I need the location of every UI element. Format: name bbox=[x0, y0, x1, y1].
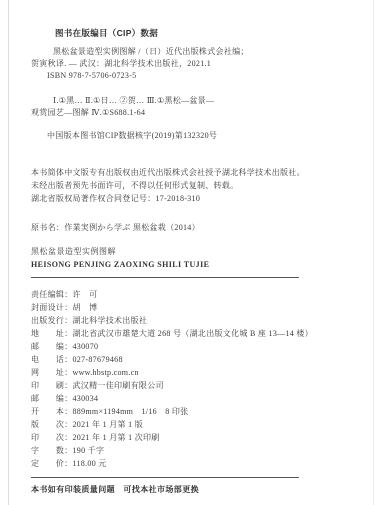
colophon-row-edition: 版 次：2021 年 1 月第 1 版 bbox=[31, 418, 301, 431]
colophon-value: 430070 bbox=[73, 342, 99, 351]
colophon-value: 889mm×1194mm 1/16 8 印张 bbox=[73, 407, 189, 416]
colophon-row-publisher: 出版发行：湖北科学技术出版社 bbox=[31, 314, 301, 327]
colophon-row-format: 开 本：889mm×1194mm 1/16 8 印张 bbox=[31, 405, 301, 418]
quality-exchange-note: 本书如有印装质量问题 可找本社市场部更换 bbox=[31, 484, 301, 495]
divider-rule-top bbox=[31, 277, 299, 278]
cip-classification-block: Ⅰ.①黑… Ⅱ.①日… ②贺… Ⅲ.①黑松—盆景— 观赏园艺—图解 Ⅳ.①S68… bbox=[31, 95, 301, 119]
cip-isbn-line: ISBN 978-7-5706-0723-5 bbox=[31, 70, 301, 82]
colophon-value: 湖北省武汉市雄楚大道 268 号（湖北出版文化城 B 座 13—14 楼） bbox=[73, 329, 313, 338]
colophon-label: 出版发行： bbox=[31, 316, 73, 325]
license-line: 本书简体中文版专有出版权由近代出版株式会社授予湖北科学技术出版社。 bbox=[31, 166, 301, 179]
colophon-label: 邮 编： bbox=[31, 342, 73, 351]
cip-record-line: 贺寅秋译. — 武汉：湖北科学技术出版社，2021.1 bbox=[31, 58, 301, 70]
cip-record-block: 黑松盆景造型实例图解 /（日）近代出版株式会社编； 贺寅秋译. — 武汉：湖北科… bbox=[31, 46, 301, 82]
colophon-label: 邮 编： bbox=[31, 394, 73, 403]
colophon-row-address: 地 址：湖北省武汉市雄楚大道 268 号（湖北出版文化城 B 座 13—14 楼… bbox=[31, 327, 301, 340]
colophon-label: 地 址： bbox=[31, 329, 73, 338]
cip-record-line: 黑松盆景造型实例图解 /（日）近代出版株式会社编； bbox=[31, 46, 301, 58]
colophon-value: 湖北科学技术出版社 bbox=[73, 316, 148, 325]
colophon-value: 许 可 bbox=[73, 290, 98, 299]
colophon-row-impression: 印 次：2021 年 1 月第 1 次印刷 bbox=[31, 431, 301, 444]
colophon-row-phone: 电 话：027-87679468 bbox=[31, 353, 301, 366]
divider-rule-bottom bbox=[31, 477, 299, 478]
colophon-row-printer: 印 刷：武汉精一佳印刷有限公司 bbox=[31, 379, 301, 392]
colophon-label: 封面设计： bbox=[31, 303, 73, 312]
colophon-value: 118.00 元 bbox=[73, 459, 107, 468]
colophon-value: 2021 年 1 月第 1 次印刷 bbox=[73, 433, 160, 442]
colophon-value: 430034 bbox=[73, 394, 99, 403]
colophon-label: 网 址： bbox=[31, 368, 73, 377]
colophon-row-postcode: 邮 编：430070 bbox=[31, 340, 301, 353]
colophon-row-editor: 责任编辑：许 可 bbox=[31, 288, 301, 301]
colophon-label: 印 次： bbox=[31, 433, 73, 442]
colophon-label: 开 本： bbox=[31, 407, 73, 416]
colophon-row-price: 定 价：118.00 元 bbox=[31, 457, 301, 470]
license-block: 本书简体中文版专有出版权由近代出版株式会社授予湖北科学技术出版社。 未经出版者预… bbox=[31, 166, 301, 205]
cip-heading: 图书在版编目（CIP）数据 bbox=[31, 27, 301, 39]
colophon-value: 胡 博 bbox=[73, 303, 98, 312]
page-edge-left-line bbox=[8, 0, 9, 505]
colophon-value: 027-87679468 bbox=[73, 355, 123, 364]
cip-registry-number: 中国版本图书馆CIP数据核字(2019)第132320号 bbox=[31, 130, 301, 142]
book-title-pinyin: HEISONG PENJING ZAOXING SHILI TUJIE bbox=[31, 260, 301, 269]
colophon-row-cover-design: 封面设计：胡 博 bbox=[31, 301, 301, 314]
colophon-value: 190 千字 bbox=[73, 446, 105, 455]
book-title-chinese: 黑松盆景造型实例图解 bbox=[31, 246, 301, 257]
copyright-page: 图书在版编目（CIP）数据 黑松盆景造型实例图解 /（日）近代出版株式会社编； … bbox=[0, 0, 375, 505]
colophon-row-website: 网 址：www.hbstp.com.cn bbox=[31, 366, 301, 379]
colophon-value: 武汉精一佳印刷有限公司 bbox=[73, 381, 164, 390]
original-title-line: 原书名：作業実例から学ぶ 黒松盆栽（2014） bbox=[31, 222, 301, 234]
colophon-block: 责任编辑：许 可 封面设计：胡 博 出版发行：湖北科学技术出版社 地 址：湖北省… bbox=[31, 288, 301, 470]
colophon-row-printer-postcode: 邮 编：430034 bbox=[31, 392, 301, 405]
colophon-label: 定 价： bbox=[31, 459, 73, 468]
colophon-value: www.hbstp.com.cn bbox=[73, 368, 139, 377]
cip-classification-line: Ⅰ.①黑… Ⅱ.①日… ②贺… Ⅲ.①黑松—盆景— bbox=[31, 95, 301, 107]
license-line: 未经出版者预先书面许可，不得以任何形式复制、转载。 bbox=[31, 179, 301, 192]
colophon-value: 2021 年 1 月第 1 版 bbox=[73, 420, 144, 429]
colophon-label: 版 次： bbox=[31, 420, 73, 429]
colophon-label: 字 数： bbox=[31, 446, 73, 455]
page-edge-right-line bbox=[373, 0, 374, 505]
license-registration-line: 湖北省版权局著作权合同登记号：17-2018-310 bbox=[31, 192, 301, 205]
colophon-row-word-count: 字 数：190 千字 bbox=[31, 444, 301, 457]
cip-classification-line: 观赏园艺—图解 Ⅳ.①S688.1-64 bbox=[31, 107, 301, 119]
colophon-label: 责任编辑： bbox=[31, 290, 73, 299]
colophon-label: 电 话： bbox=[31, 355, 73, 364]
colophon-label: 印 刷： bbox=[31, 381, 73, 390]
